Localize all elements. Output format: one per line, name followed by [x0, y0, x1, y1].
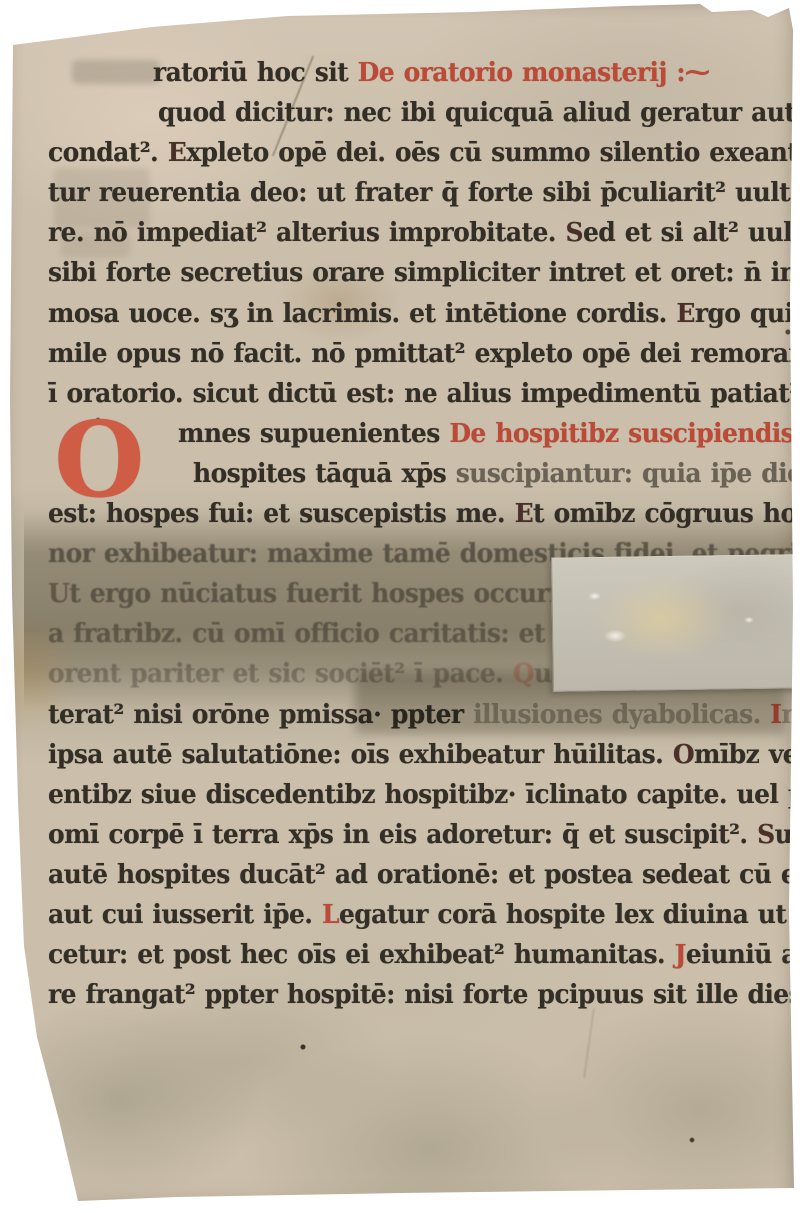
manuscript-leaf: O ratoriū hoc sit De oratorio monasterij…	[0, 0, 800, 1213]
text-line: mnes supuenientes De hospitibz suscipien…	[48, 413, 764, 455]
crease-mark	[583, 1008, 594, 1078]
body-text: suscipiantur: quia ip̄e dicturus	[456, 458, 800, 488]
text-line: ratoriū hoc sit De oratorio monasterij :…	[48, 52, 764, 94]
body-text: ed et si alt² uult	[583, 218, 800, 248]
body-text: omī corpē ī terra xp̄s in eis adoretur: …	[48, 819, 757, 849]
body-text: rgo qui si	[695, 298, 800, 328]
body-text: U	[48, 578, 69, 608]
body-text: re. nō impediat² alterius improbitate.	[48, 218, 566, 248]
body-text: E	[676, 298, 694, 328]
body-text: hospites tāquā xp̄s	[193, 458, 456, 488]
text-line: re frangat² ppter hospitē: nisi forte pc…	[48, 974, 764, 1016]
body-text: mnes supuenientes	[178, 418, 449, 448]
rubric-text: J	[675, 939, 686, 969]
body-text: S	[566, 218, 583, 248]
text-line: re. nō impediat² alterius improbitate. S…	[48, 212, 764, 254]
text-line: mile opus nō facit. nō pmittat² expleto …	[48, 333, 764, 375]
text-line: autē hospites ducāt² ad orationē: et pos…	[48, 854, 764, 896]
text-line: est: hospes fui: et suscepistis me. Et o…	[48, 493, 764, 535]
body-text: ipsa autē salutatiōne: oīs exhibeatur hū…	[48, 739, 673, 769]
rubric-text: De oratorio monasterij :⁓	[358, 57, 710, 87]
rubric-text: Q	[513, 659, 534, 689]
body-text: xpleto opē dei. oēs cū summo silentio ex…	[186, 137, 800, 167]
text-line: hospites tāquā xp̄s suscipiantur: quia i…	[48, 453, 764, 495]
text-line: condat². Expleto opē dei. oēs cū summo s…	[48, 132, 764, 174]
body-text: E	[168, 137, 186, 167]
rubric-text: I	[770, 699, 781, 729]
text-line: quod dicitur: nec ibi quicquā aliud gera…	[48, 92, 764, 134]
body-text: illusiones dyabolicas.	[473, 699, 770, 729]
body-text: sibi forte secretius orare simpliciter i…	[48, 258, 800, 288]
text-line: omī corpē ī terra xp̄s in eis adoretur: …	[48, 814, 764, 856]
text-line: ipsa autē salutatiōne: oīs exhibeatur hū…	[48, 734, 764, 776]
text-line: entibz siue discedentibz hospitibz· īcli…	[48, 774, 764, 816]
body-text: autē hospites ducāt² ad orationē: et pos…	[48, 859, 800, 889]
body-text: entibz siue discedentibz hospitibz· īcli…	[48, 779, 800, 809]
body-text: eiuniū a p̄o	[686, 939, 800, 969]
text-block: ratoriū hoc sit De oratorio monasterij :…	[48, 52, 764, 1014]
body-text: mosa uoce. sʒ in lacrimis. et intētione …	[48, 298, 676, 328]
body-text: O	[673, 739, 694, 769]
body-text: tur reuerentia deo: ut frater q̄ forte s…	[48, 177, 800, 207]
body-text: orent pariter et sic sociēt² ī pace.	[48, 659, 513, 689]
body-text: mile opus nō facit. nō pmittat² expleto …	[48, 338, 800, 368]
body-text: n i	[781, 699, 800, 729]
body-text: cetur: et post hec oīs ei exhibeat² huma…	[48, 939, 675, 969]
body-text: est: hospes fui: et suscepistis me.	[48, 498, 515, 528]
text-line: ī oratorio. sicut dictū est: ne alius im…	[48, 373, 764, 415]
body-text: condat².	[48, 137, 168, 167]
text-line: mosa uoce. sʒ in lacrimis. et intētione …	[48, 293, 764, 335]
body-text: mībz veni	[694, 739, 800, 769]
body-text: ī oratorio. sicut dictū est: ne alius im…	[48, 378, 800, 408]
body-text: E	[515, 498, 533, 528]
body-text: egatur corā hospite lex diuina ut edifi	[339, 899, 800, 929]
body-text: aut cui iusserit ip̄e.	[48, 899, 322, 929]
body-text: t omībz cōgruus ho	[533, 498, 797, 528]
text-line: aut cui iusserit ip̄e. Legatur corā hosp…	[48, 894, 764, 936]
text-line: sibi forte secretius orare simpliciter i…	[48, 252, 764, 294]
body-text: ratoriū hoc sit	[153, 57, 358, 87]
repair-patch	[551, 554, 800, 691]
body-text: re frangat² ppter hospitē: nisi forte pc…	[48, 979, 800, 1009]
rubric-text: De hospitibz suscipiendis ·	[449, 418, 800, 448]
text-line: terat² nisi orōne pmissa· ppter illusion…	[48, 694, 764, 736]
body-text: S	[757, 819, 774, 849]
rubric-text: L	[322, 899, 339, 929]
text-line: cetur: et post hec oīs ei exhibeat² huma…	[48, 934, 764, 976]
body-text: terat² nisi orōne pmissa· ppter	[48, 699, 473, 729]
text-line: tur reuerentia deo: ut frater q̄ forte s…	[48, 172, 764, 214]
body-text: quod dicitur: nec ibi quicquā aliud gera…	[158, 97, 795, 127]
body-text: t ergo nūciatus fuerit hospes occurrat² …	[69, 578, 632, 608]
body-text: uscepti	[775, 819, 800, 849]
